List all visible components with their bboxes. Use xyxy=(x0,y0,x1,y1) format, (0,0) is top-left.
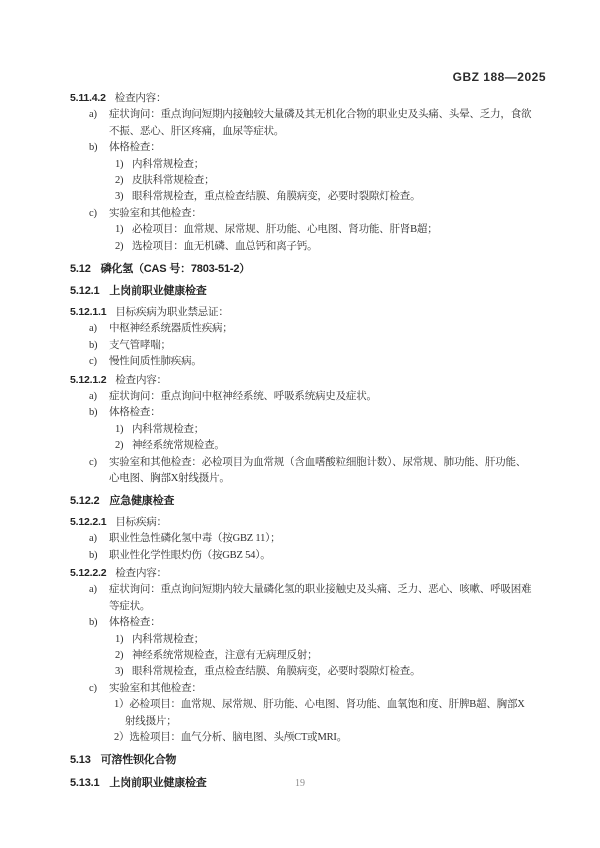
clause-number: 5.12.2.2 xyxy=(70,567,106,579)
list-item-letter: b)支气管哮喘； xyxy=(70,338,546,354)
list-item-letter: b)体格检查： xyxy=(70,405,546,421)
clause-text: 必检项目：血常规、尿常规、肝功能、心电图、肾功能、肝肾B超； xyxy=(132,224,438,235)
item-label: 2) xyxy=(115,648,123,664)
item-label: a) xyxy=(89,582,97,598)
clause-number: 5.11.4.2 xyxy=(70,92,106,104)
clause-text: 上岗前职业健康检查 xyxy=(109,285,206,297)
list-item-letter: c)实验室和其他检查：必检项目为血常规（含血嗜酸粒细胞计数）、尿常规、肺功能、肝… xyxy=(70,455,546,488)
clause-heading: 5.12.1.2检查内容： xyxy=(70,372,546,389)
item-label: b) xyxy=(89,548,97,564)
clause-text: 选检项目：血无机磷、血总钙和离子钙。 xyxy=(132,241,317,252)
page-header: GBZ 188—2025 xyxy=(453,70,546,84)
item-label: 2) xyxy=(115,438,123,454)
clause-text: 实验室和其他检查：必检项目为血常规（含血嗜酸粒细胞计数）、尿常规、肺功能、肝功能… xyxy=(109,457,526,484)
clause-heading: 5.12.2.2检查内容： xyxy=(70,565,546,582)
list-item-letter: a)职业性急性磷化氢中毒（按GBZ 11）； xyxy=(70,531,546,547)
item-label: c) xyxy=(89,455,97,471)
list-item-letter: c)实验室和其他检查： xyxy=(70,206,546,222)
document-content: 5.11.4.2检查内容：a)症状询问：重点询问短期内接触较大量磷及其无机化合物… xyxy=(70,89,546,795)
clause-number: 5.12 xyxy=(70,263,91,275)
clause-number: 5.12.1.1 xyxy=(70,306,106,318)
item-label: c) xyxy=(89,206,97,222)
list-item-number: 1)必检项目：血常规、尿常规、肝功能、心电图、肾功能、肝肾B超； xyxy=(70,222,546,238)
item-label: c) xyxy=(89,354,97,370)
clause-text: 可溶性钡化合物 xyxy=(101,754,177,766)
list-item-number: 1)内科常规检查； xyxy=(70,632,546,648)
clause-text: 体格检查： xyxy=(109,617,161,628)
clause-text: 目标疾病： xyxy=(115,517,167,528)
clause-text: 检查内容： xyxy=(115,93,167,104)
item-label: 2) xyxy=(115,239,123,255)
clause-text: 磷化氢（CAS 号：7803-51-2） xyxy=(101,263,250,275)
clause-heading: 5.11.4.2检查内容： xyxy=(70,90,546,107)
item-label: 1) xyxy=(115,157,123,173)
list-item-number: 1）必检项目：血常规、尿常规、肝功能、心电图、肾功能、血氧饱和度、肝脾B超、胸部… xyxy=(70,697,546,730)
list-item-number: 2)神经系统常规检查，注意有无病理反射； xyxy=(70,648,546,664)
list-item-letter: a)症状询问：重点询问短期内较大量磷化氢的职业接触史及头痛、乏力、恶心、咳嗽、呼… xyxy=(70,582,546,615)
list-item-number: 1)内科常规检查； xyxy=(70,157,546,173)
item-label: 1) xyxy=(115,632,123,648)
item-label: 3) xyxy=(115,189,123,205)
list-item-letter: b)体格检查： xyxy=(70,615,546,631)
item-label: 1) xyxy=(115,222,123,238)
clause-number: 5.12.2 xyxy=(70,495,99,507)
clause-number: 5.12.1 xyxy=(70,285,99,297)
list-item-letter: b)职业性化学性眼灼伤（按GBZ 54）。 xyxy=(70,548,546,564)
clause-text: 选检项目：血气分析、脑电图、头颅CT或MRI。 xyxy=(129,732,347,743)
subsection-heading: 5.12.1上岗前职业健康检查 xyxy=(70,283,546,299)
clause-text: 目标疾病为职业禁忌证： xyxy=(115,307,228,318)
item-label: 1） xyxy=(114,699,129,710)
list-item-letter: a)中枢神经系统器质性疾病； xyxy=(70,321,546,337)
clause-text: 内科常规检查； xyxy=(132,634,204,645)
clause-text: 应急健康检查 xyxy=(109,495,174,507)
list-item-number: 2)皮肤科常规检查； xyxy=(70,173,546,189)
section-heading: 5.12磷化氢（CAS 号：7803-51-2） xyxy=(70,261,546,277)
item-label: 2) xyxy=(115,173,123,189)
clause-heading: 5.12.1.1目标疾病为职业禁忌证： xyxy=(70,304,546,321)
item-label: 3) xyxy=(115,664,123,680)
item-label: a) xyxy=(89,107,97,123)
clause-text: 体格检查： xyxy=(109,407,161,418)
clause-text: 症状询问：重点询问短期内较大量磷化氢的职业接触史及头痛、乏力、恶心、咳嗽、呼吸困… xyxy=(109,584,531,611)
list-item-letter: c)实验室和其他检查： xyxy=(70,681,546,697)
item-label: c) xyxy=(89,681,97,697)
clause-text: 皮肤科常规检查； xyxy=(132,175,214,186)
clause-number: 5.12.1.2 xyxy=(70,374,106,386)
clause-text: 检查内容： xyxy=(115,375,167,386)
list-item-number: 2）选检项目：血气分析、脑电图、头颅CT或MRI。 xyxy=(70,730,546,746)
section-heading: 5.13可溶性钡化合物 xyxy=(70,752,546,768)
list-item-number: 3)眼科常规检查，重点检查结膜、角膜病变，必要时裂隙灯检查。 xyxy=(70,189,546,205)
clause-number: 5.12.2.1 xyxy=(70,516,106,528)
list-item-letter: b)体格检查： xyxy=(70,140,546,156)
item-label: a) xyxy=(89,321,97,337)
clause-text: 症状询问：重点询问短期内接触较大量磷及其无机化合物的职业史及头痛、头晕、乏力，食… xyxy=(109,109,531,136)
item-label: a) xyxy=(89,389,97,405)
clause-text: 中枢神经系统器质性疾病； xyxy=(109,323,233,334)
item-label: a) xyxy=(89,531,97,547)
clause-text: 症状询问：重点询问中枢神经系统、呼吸系统病史及症状。 xyxy=(109,391,377,402)
list-item-number: 2)神经系统常规检查。 xyxy=(70,438,546,454)
subsection-heading: 5.12.2应急健康检查 xyxy=(70,493,546,509)
clause-text: 检查内容： xyxy=(115,568,167,579)
clause-text: 实验室和其他检查： xyxy=(109,208,202,219)
list-item-letter: a)症状询问：重点询问短期内接触较大量磷及其无机化合物的职业史及头痛、头晕、乏力… xyxy=(70,107,546,140)
document-page: GBZ 188—2025 5.11.4.2检查内容：a)症状询问：重点询问短期内… xyxy=(0,0,600,848)
clause-number: 5.13 xyxy=(70,754,91,766)
standard-number: GBZ 188—2025 xyxy=(453,70,546,84)
clause-text: 职业性化学性眼灼伤（按GBZ 54）。 xyxy=(109,550,271,561)
item-label: b) xyxy=(89,405,97,421)
list-item-letter: a)症状询问：重点询问中枢神经系统、呼吸系统病史及症状。 xyxy=(70,389,546,405)
clause-text: 神经系统常规检查，注意有无病理反射； xyxy=(132,650,317,661)
item-label: b) xyxy=(89,338,97,354)
item-label: b) xyxy=(89,615,97,631)
clause-text: 实验室和其他检查： xyxy=(109,683,202,694)
clause-text: 必检项目：血常规、尿常规、肝功能、心电图、肾功能、血氧饱和度、肝脾B超、胸部X … xyxy=(125,699,525,726)
clause-text: 体格检查： xyxy=(109,142,161,153)
list-item-letter: c)慢性间质性肺疾病。 xyxy=(70,354,546,370)
clause-text: 职业性急性磷化氢中毒（按GBZ 11）； xyxy=(109,533,281,544)
page-footer: 19 xyxy=(0,778,600,789)
item-label: 1) xyxy=(115,422,123,438)
clause-text: 神经系统常规检查。 xyxy=(132,440,225,451)
clause-text: 眼科常规检查，重点检查结膜、角膜病变，必要时裂隙灯检查。 xyxy=(132,191,420,202)
clause-text: 内科常规检查； xyxy=(132,424,204,435)
clause-text: 眼科常规检查，重点检查结膜、角膜病变，必要时裂隙灯检查。 xyxy=(132,666,420,677)
list-item-number: 3)眼科常规检查，重点检查结膜、角膜病变，必要时裂隙灯检查。 xyxy=(70,664,546,680)
clause-text: 慢性间质性肺疾病。 xyxy=(109,356,202,367)
list-item-number: 2)选检项目：血无机磷、血总钙和离子钙。 xyxy=(70,239,546,255)
item-label: b) xyxy=(89,140,97,156)
page-number: 19 xyxy=(295,778,305,789)
clause-heading: 5.12.2.1目标疾病： xyxy=(70,514,546,531)
item-label: 2） xyxy=(114,732,129,743)
clause-text: 内科常规检查； xyxy=(132,159,204,170)
clause-text: 支气管哮喘； xyxy=(109,340,171,351)
list-item-number: 1)内科常规检查； xyxy=(70,422,546,438)
